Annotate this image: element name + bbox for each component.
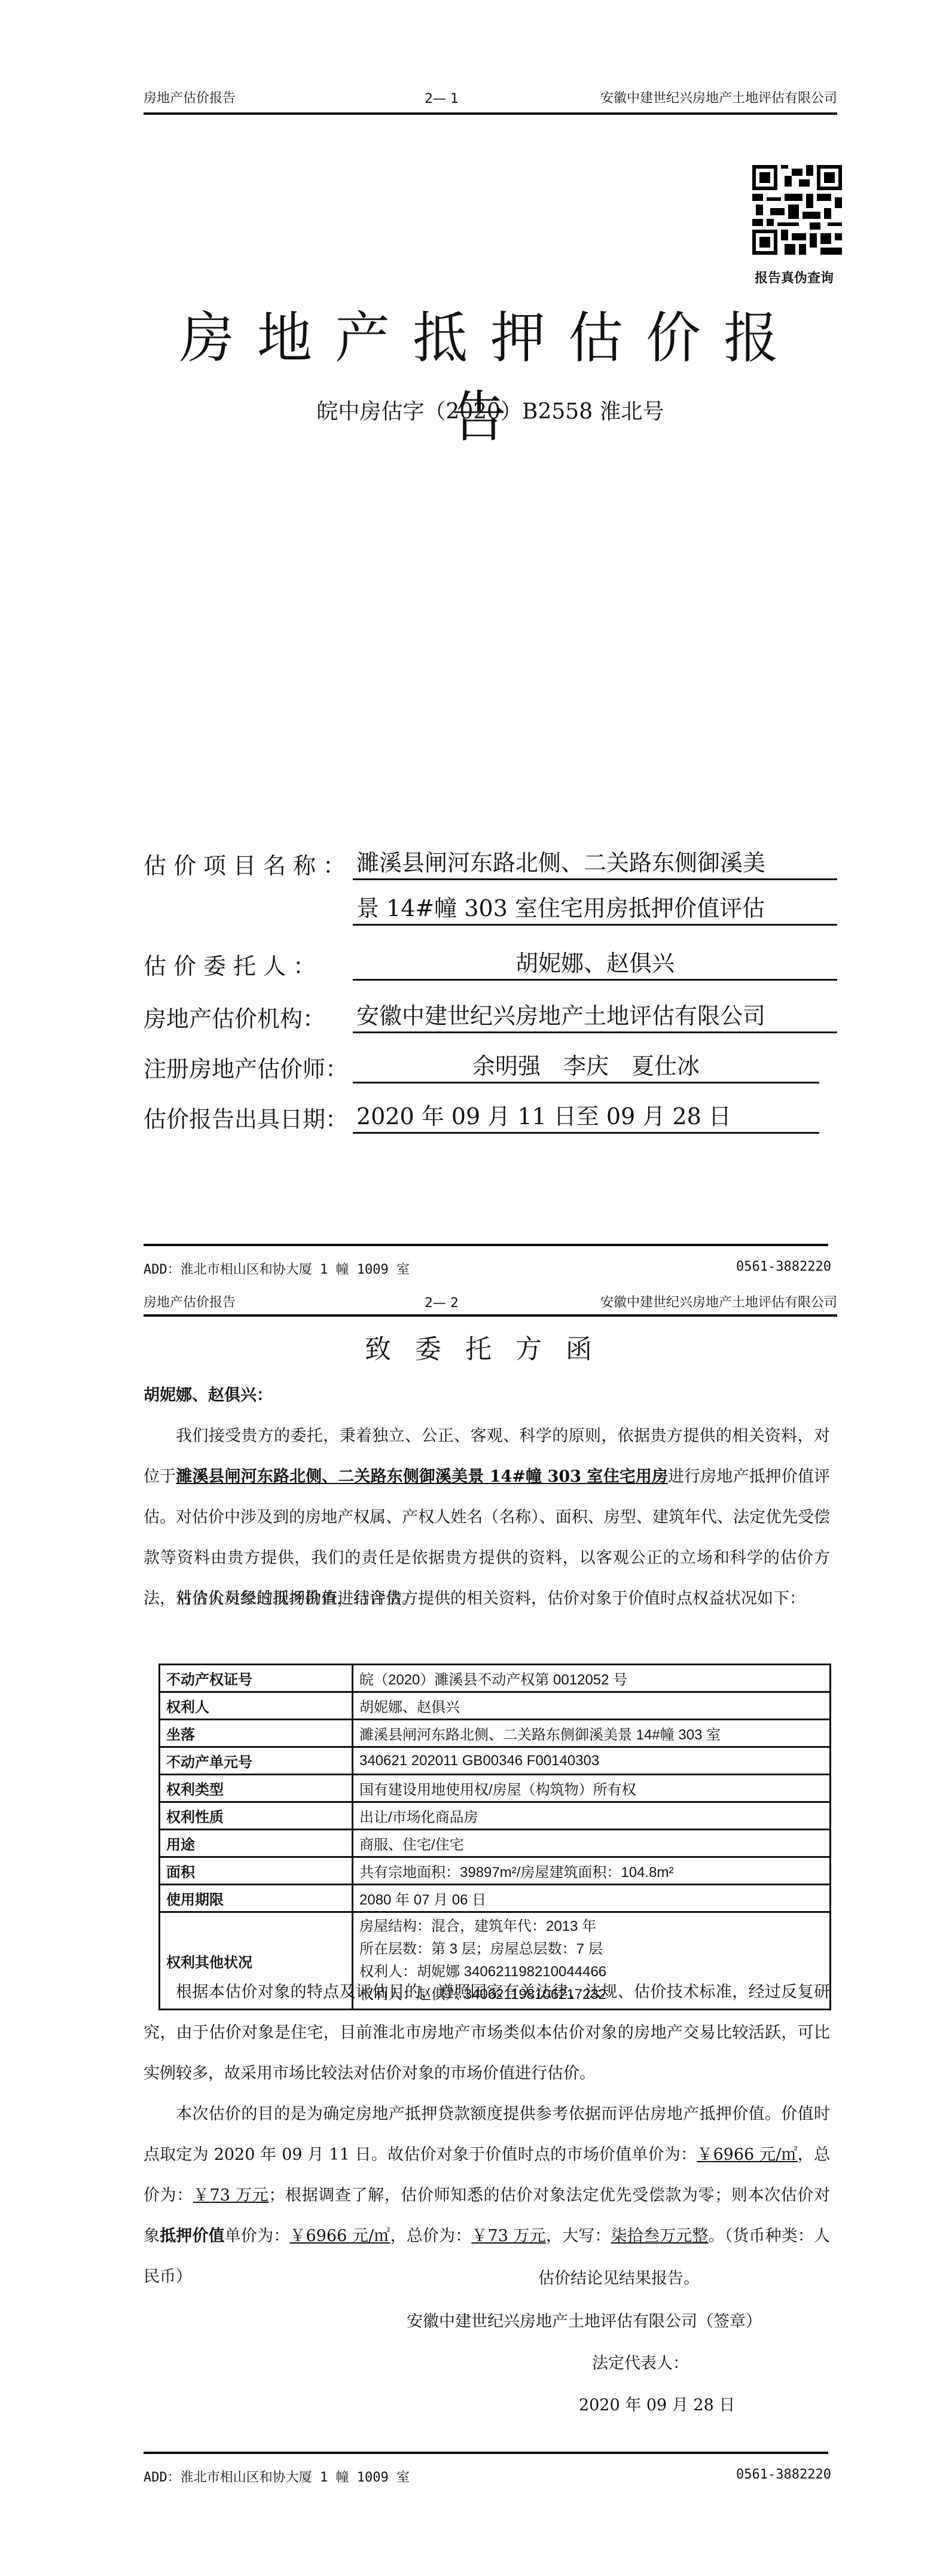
header-doc-type: 房地产估价报告 bbox=[144, 1292, 236, 1311]
header-page-number: 2— 1 bbox=[425, 91, 459, 106]
page-footer: ADD：淮北市相山区和协大厦 1 幢 1009 室 0561-3882220 bbox=[144, 1259, 831, 1278]
table-row: 不动产单元号340621 202011 GB00346 F00140303 bbox=[160, 1747, 831, 1775]
table-row: 坐落濉溪县闸河东路北侧、二关路东侧御溪美景 14#幢 303 室 bbox=[160, 1720, 831, 1747]
page-header: 房地产估价报告 2— 2 安徽中建世纪兴房地产土地评估有限公司 bbox=[144, 1289, 837, 1311]
footer-address: ADD：淮北市相山区和协大厦 1 幢 1009 室 bbox=[144, 2467, 410, 2486]
table-row: 权利性质出让/市场化商品房 bbox=[160, 1802, 831, 1830]
market-total-price: ￥73 万元 bbox=[193, 2186, 268, 2205]
mortgage-total-price: ￥73 万元 bbox=[471, 2227, 546, 2245]
field-value: 余明强 李庆 夏仕冰 bbox=[353, 1048, 819, 1083]
header-divider bbox=[144, 112, 837, 115]
letter-title: 致委托方函 bbox=[144, 1327, 837, 1366]
footer-divider bbox=[144, 1244, 828, 1246]
page-footer: ADD：淮北市相山区和协大厦 1 幢 1009 室 0561-3882220 bbox=[144, 2467, 831, 2486]
header-company: 安徽中建世纪兴房地产土地评估有限公司 bbox=[600, 88, 837, 106]
field-project-name: 估价项目名称： 濉溪县闸河东路北侧、二关路东侧御溪美 bbox=[144, 844, 837, 880]
table-row: 使用期限2080 年 07 月 06 日 bbox=[160, 1885, 831, 1912]
table-row: 用途商服、住宅/住宅 bbox=[160, 1830, 831, 1857]
table-row: 不动产权证号皖（2020）濉溪县不动产权第 0012052 号 bbox=[160, 1665, 831, 1692]
table-row: 权利类型国有建设用地使用权/房屋（构筑物）所有权 bbox=[160, 1775, 831, 1802]
salutation: 胡妮娜、赵俱兴： bbox=[144, 1375, 830, 1416]
field-value: 安徽中建世纪兴房地产土地评估有限公司 bbox=[353, 997, 837, 1033]
company-signature: 安徽中建世纪兴房地产土地评估有限公司（签章） bbox=[407, 2308, 762, 2331]
report-reference-number: 皖中房估字（2020）B2558 淮北号 bbox=[144, 395, 837, 425]
field-issue-date: 估价报告出具日期： 2020 年 09 月 11 日至 09 月 28 日 bbox=[144, 1098, 837, 1134]
field-label: 估价项目名称： bbox=[144, 847, 353, 880]
footer-phone: 0561-3882220 bbox=[736, 2467, 831, 2486]
paragraph-status: 估价人员经过现场勘查，结合贵方提供的相关资料，估价对象于价值时点权益状况如下： bbox=[144, 1579, 830, 1619]
table-row: 权利人胡妮娜、赵俱兴 bbox=[160, 1692, 831, 1720]
header-page-number: 2— 2 bbox=[425, 1296, 459, 1311]
field-agency: 房地产估价机构： 安徽中建世纪兴房地产土地评估有限公司 bbox=[144, 997, 837, 1033]
report-title: 房地产抵押估价报告 bbox=[144, 294, 837, 452]
field-client: 估价委托人： 胡妮娜、赵俱兴 bbox=[144, 945, 837, 981]
qr-caption: 报告真伪查询 bbox=[755, 268, 834, 286]
letter-date: 2020 年 09 月 28 日 bbox=[579, 2392, 735, 2415]
field-label: 注册房地产估价师： bbox=[144, 1051, 353, 1083]
field-label: 估价委托人： bbox=[144, 948, 353, 981]
field-label: 房地产估价机构： bbox=[144, 1000, 353, 1033]
property-address: 濉溪县闸河东路北侧、二关路东侧御溪美景 14#幢 303 室住宅用房 bbox=[176, 1467, 668, 1486]
footer-address: ADD：淮北市相山区和协大厦 1 幢 1009 室 bbox=[144, 1259, 410, 1278]
paragraph-method: 根据本估价对象的特点及评估目的，遵照国家有关法律、法规、估价技术标准，经过反复研… bbox=[144, 1972, 830, 2094]
mortgage-unit-price: ￥6966 元/㎡ bbox=[289, 2227, 390, 2245]
table-row: 面积共有宗地面积：39897m²/房屋建筑面积：104.8m² bbox=[160, 1857, 831, 1885]
paragraph-valuation: 本次估价的目的是为确定房地产抵押贷款额度提供参考依据而评估房地产抵押价值。价值时… bbox=[144, 2094, 830, 2297]
footer-divider bbox=[144, 2452, 828, 2454]
field-value: 濉溪县闸河东路北侧、二关路东侧御溪美 bbox=[353, 844, 837, 880]
field-value: 景 14#幢 303 室住宅用房抵押价值评估 bbox=[353, 890, 837, 926]
header-company: 安徽中建世纪兴房地产土地评估有限公司 bbox=[600, 1292, 837, 1311]
capital-amount: 柒拾叁万元整 bbox=[611, 2227, 709, 2245]
property-info-table: 不动产权证号皖（2020）濉溪县不动产权第 0012052 号 权利人胡妮娜、赵… bbox=[158, 1664, 831, 2010]
field-value: 2020 年 09 月 11 日至 09 月 28 日 bbox=[353, 1098, 819, 1134]
header-divider bbox=[144, 1314, 837, 1317]
field-value: 胡妮娜、赵俱兴 bbox=[353, 945, 837, 981]
header-doc-type: 房地产估价报告 bbox=[144, 88, 236, 106]
field-project-name-cont: 景 14#幢 303 室住宅用房抵押价值评估 bbox=[144, 890, 837, 926]
conclusion-note: 估价结论见结果报告。 bbox=[538, 2265, 700, 2288]
qr-code-icon[interactable] bbox=[752, 165, 842, 255]
market-unit-price: ￥6966 元/㎡ bbox=[697, 2145, 798, 2164]
footer-phone: 0561-3882220 bbox=[736, 1259, 831, 1278]
field-label: 估价报告出具日期： bbox=[144, 1101, 353, 1134]
legal-representative: 法定代表人： bbox=[592, 2350, 689, 2373]
page-header: 房地产估价报告 2— 1 安徽中建世纪兴房地产土地评估有限公司 bbox=[144, 85, 837, 106]
field-appraisers: 注册房地产估价师： 余明强 李庆 夏仕冰 bbox=[144, 1048, 837, 1083]
